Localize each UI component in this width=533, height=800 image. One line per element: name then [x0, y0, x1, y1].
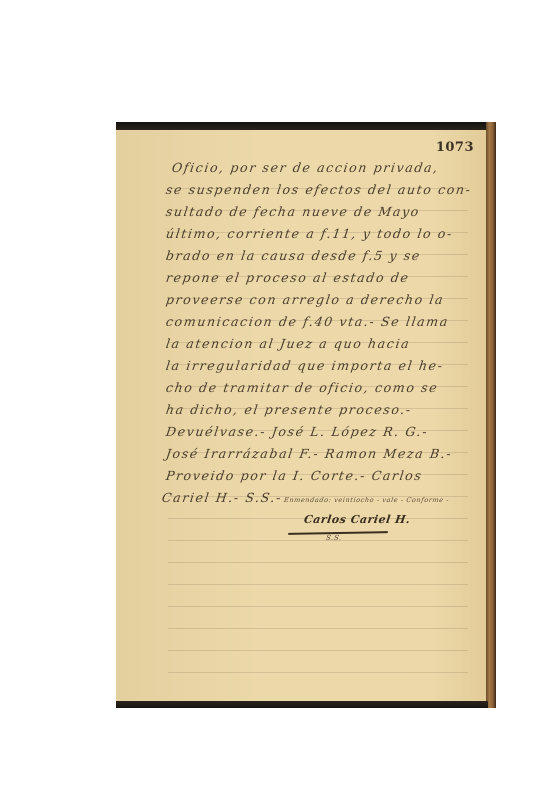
handwritten-line: Oficio, por ser de accion privada, [171, 160, 440, 175]
handwritten-line: ha dicho, el presente proceso.- [165, 402, 413, 417]
ruled-line [168, 628, 468, 629]
signature-flourish: S.S. [325, 534, 342, 542]
page-number: 1073 [436, 140, 474, 155]
ruled-line [168, 672, 468, 673]
handwritten-line: cho de tramitar de oficio, como se [165, 380, 439, 395]
ruled-line [168, 606, 468, 607]
handwritten-line: la atencion al Juez a quo hacia [165, 336, 411, 351]
handwritten-line: Cariel H.- S.S.- [161, 490, 283, 505]
handwritten-line: se suspenden los efectos del auto con- [165, 182, 473, 197]
ruled-line [168, 584, 468, 585]
ruled-line [168, 562, 468, 563]
handwritten-line: comunicacion de f.40 vta.- Se llama [165, 314, 450, 329]
handwritten-line: último, corriente a f.11, y todo lo o- [165, 226, 454, 241]
ledger-page: 1073 Oficio, por ser de accion privada, … [116, 130, 488, 701]
handwritten-line: brado en la causa desde f.5 y se [165, 248, 422, 263]
handwritten-line: Devuélvase.- José L. López R. G.- [165, 424, 429, 439]
book-spine [486, 122, 496, 708]
book-bottom-edge [116, 701, 488, 708]
signature: Carlos Cariel H. [303, 513, 411, 526]
handwritten-line: sultado de fecha nueve de Mayo [165, 204, 421, 219]
ledger-book: 1073 Oficio, por ser de accion privada, … [116, 122, 496, 708]
ruled-line [168, 650, 468, 651]
ruled-line [168, 540, 468, 541]
handwritten-line: la irregularidad que importa el he- [165, 358, 445, 373]
handwritten-line: proveerse con arreglo a derecho la [165, 292, 445, 307]
handwritten-line: José Irarrázabal F.- Ramon Meza B.- [165, 446, 453, 461]
book-top-edge [116, 122, 488, 130]
handwritten-line: Proveido por la I. Corte.- Carlos [165, 468, 424, 483]
handwritten-line: repone el proceso al estado de [165, 270, 411, 285]
certification-note: Enmendado: veintiocho - vale - Conforme … [283, 496, 449, 504]
